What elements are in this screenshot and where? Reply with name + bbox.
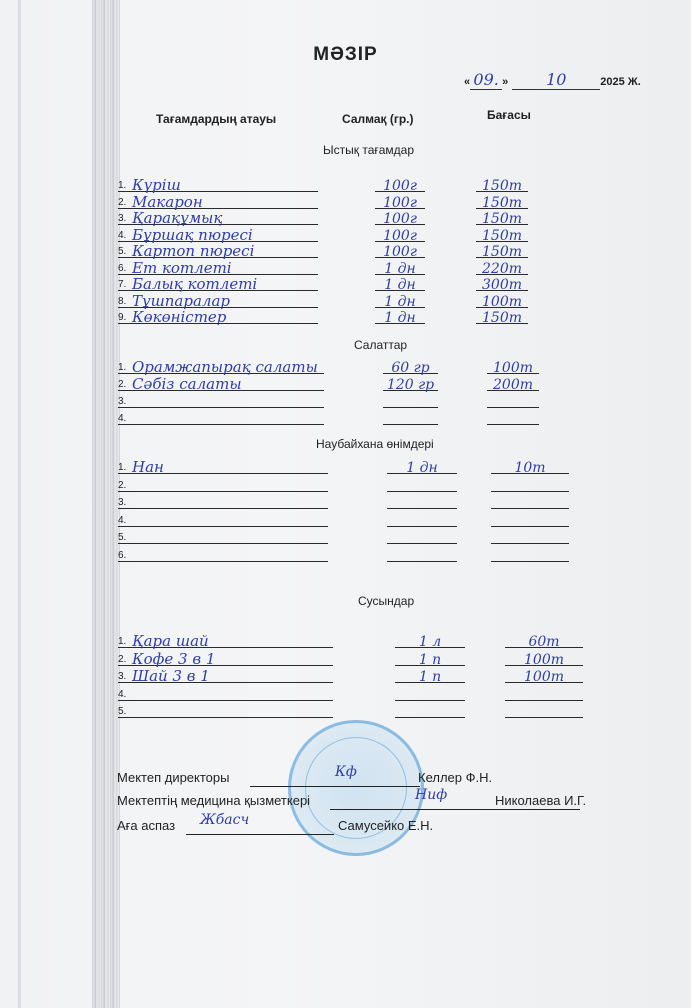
column-header-price: Бағасы <box>487 108 531 122</box>
row-number: 5. <box>118 532 126 543</box>
dish-weight: 1 дн <box>375 310 425 326</box>
dish-price: 200т <box>487 377 539 393</box>
name-line <box>118 543 328 544</box>
price-line <box>491 561 569 562</box>
dish-price: 60т <box>505 634 583 650</box>
menu-row: 3.Қарақұмық100г150т <box>118 209 588 225</box>
row-number: 4. <box>118 413 126 424</box>
row-number: 1. <box>118 362 126 373</box>
signatory-name: Келлер Ф.Н. <box>418 770 492 785</box>
menu-row: 5. <box>118 702 588 718</box>
row-number: 2. <box>118 197 126 208</box>
date-year: 2025 Ж. <box>600 76 641 88</box>
row-number: 1. <box>118 636 126 647</box>
column-header-name: Тағамдардың атауы <box>156 112 276 126</box>
dish-price: 150т <box>476 310 528 326</box>
signatory-name: Самусейко Е.Н. <box>338 818 433 833</box>
menu-row: 4. <box>118 685 588 701</box>
name-line <box>118 491 328 492</box>
row-number: 9. <box>118 312 126 323</box>
row-number: 6. <box>118 263 126 274</box>
weight-line <box>387 508 457 509</box>
weight-line <box>387 543 457 544</box>
menu-row: 3. <box>118 493 588 509</box>
section-title: Ыстық тағамдар <box>323 143 414 157</box>
section-title: Салаттар <box>354 338 407 352</box>
name-line <box>118 424 324 425</box>
weight-line <box>383 407 438 408</box>
dish-weight: 60 гр <box>383 360 438 376</box>
dish-price: 100т <box>505 669 583 685</box>
name-line <box>118 700 333 701</box>
menu-row: 1.Қара шай1 л60т <box>118 632 588 648</box>
dish-name: Орамжапырақ салаты <box>132 358 318 376</box>
row-number: 3. <box>118 213 126 224</box>
dish-weight: 1 дн <box>387 460 457 476</box>
row-number: 3. <box>118 497 126 508</box>
menu-row: 8.Тұшпаралар1 дн100т <box>118 292 588 308</box>
scanned-page: МӘЗІР «09.»102025 Ж. Тағамдардың атауы С… <box>0 0 691 1008</box>
weight-line <box>387 491 457 492</box>
row-number: 2. <box>118 654 126 665</box>
menu-row: 1.Орамжапырақ салаты60 гр100т <box>118 358 588 374</box>
name-line <box>118 407 324 408</box>
dish-name: Қара шай <box>132 632 209 650</box>
dish-name: Шай 3 в 1 <box>132 667 210 685</box>
dish-price: 100т <box>487 360 539 376</box>
row-number: 3. <box>118 671 126 682</box>
dish-price: 100т <box>505 652 583 668</box>
row-number: 6. <box>118 550 126 561</box>
dish-name: Сәбіз салаты <box>132 375 242 393</box>
dish-weight: 1 п <box>395 652 465 668</box>
signature-role: Мектеп директоры <box>117 770 229 785</box>
menu-row: 9.Көкөністер1 дн150т <box>118 308 588 324</box>
weight-line <box>387 526 457 527</box>
dish-name: Бұршақ пюресі <box>132 226 253 244</box>
row-number: 1. <box>118 180 126 191</box>
section-title: Наубайхана өнімдері <box>316 437 434 451</box>
name-line <box>118 508 328 509</box>
dish-name: Қарақұмық <box>132 209 222 227</box>
price-line <box>491 526 569 527</box>
dish-name: Нан <box>132 458 164 476</box>
row-number: 8. <box>118 296 126 307</box>
row-number: 3. <box>118 396 126 407</box>
dish-weight: 1 л <box>395 634 465 650</box>
dish-name: Ет котлеті <box>132 259 232 277</box>
price-line <box>505 700 583 701</box>
price-line <box>491 543 569 544</box>
signature-line <box>186 834 334 835</box>
menu-row: 4. <box>118 409 588 425</box>
signature-role: Мектептің медицина қызметкері <box>117 793 310 808</box>
row-number: 4. <box>118 230 126 241</box>
dish-name: Тұшпаралар <box>132 292 230 310</box>
row-number: 2. <box>118 379 126 390</box>
row-number: 2. <box>118 480 126 491</box>
name-line <box>118 561 328 562</box>
scan-artifact <box>18 0 21 1008</box>
dish-name: Кофе 3 в 1 <box>132 650 215 668</box>
menu-row: 7.Балық котлеті1 дн300т <box>118 275 588 291</box>
price-line <box>491 491 569 492</box>
weight-line <box>395 700 465 701</box>
signature-role: Аға аспаз <box>117 818 175 833</box>
menu-row: 1.Нан1 дн10т <box>118 458 588 474</box>
menu-row: 3.Шай 3 в 11 п100т <box>118 667 588 683</box>
row-number: 7. <box>118 279 126 290</box>
weight-line <box>383 424 438 425</box>
dish-weight: 120 гр <box>383 377 438 393</box>
menu-row: 1.Күріш100г150т <box>118 176 588 192</box>
price-line <box>491 508 569 509</box>
menu-row: 5.Картоп пюресі100г150т <box>118 242 588 258</box>
signature-line <box>330 809 580 810</box>
row-number: 4. <box>118 515 126 526</box>
signature-line <box>250 786 420 787</box>
handwritten-signature: Кф <box>335 764 357 780</box>
menu-row: 4. <box>118 511 588 527</box>
price-line <box>487 407 539 408</box>
weight-line <box>395 717 465 718</box>
menu-row: 2.Сәбіз салаты120 гр200т <box>118 375 588 391</box>
weight-line <box>387 561 457 562</box>
price-line <box>487 424 539 425</box>
dish-name: Көкөністер <box>132 308 226 326</box>
section-title: Сусындар <box>358 594 414 608</box>
date-month: 10 <box>546 70 566 89</box>
scan-artifact-band <box>92 0 120 1008</box>
menu-row: 6. <box>118 546 588 562</box>
dish-price: 10т <box>491 460 569 476</box>
menu-row: 4.Бұршақ пюресі100г150т <box>118 226 588 242</box>
signatory-name: Николаева И.Г. <box>495 793 586 808</box>
menu-row: 2.Макарон100г150т <box>118 193 588 209</box>
document-date: «09.»102025 Ж. <box>464 70 641 90</box>
menu-row: 2. <box>118 476 588 492</box>
official-stamp <box>288 720 424 856</box>
menu-row: 3. <box>118 392 588 408</box>
row-number: 5. <box>118 246 126 257</box>
menu-row: 2.Кофе 3 в 11 п100т <box>118 650 588 666</box>
menu-row: 6.Ет котлеті1 дн220т <box>118 259 588 275</box>
name-line <box>118 526 328 527</box>
row-number: 1. <box>118 462 126 473</box>
row-number: 4. <box>118 689 126 700</box>
menu-row: 5. <box>118 528 588 544</box>
dish-name: Балық котлеті <box>132 275 257 293</box>
handwritten-signature: Ниф <box>415 787 447 803</box>
dish-name: Картоп пюресі <box>132 242 254 260</box>
dish-name: Күріш <box>132 176 181 194</box>
column-header-weight: Салмақ (гр.) <box>342 112 414 126</box>
dish-weight: 1 п <box>395 669 465 685</box>
name-line <box>118 717 333 718</box>
handwritten-signature: Жбасч <box>200 812 249 828</box>
dish-name: Макарон <box>132 193 203 211</box>
date-day: 09. <box>473 70 498 89</box>
price-line <box>505 717 583 718</box>
document-title: МӘЗІР <box>0 44 691 66</box>
row-number: 5. <box>118 706 126 717</box>
